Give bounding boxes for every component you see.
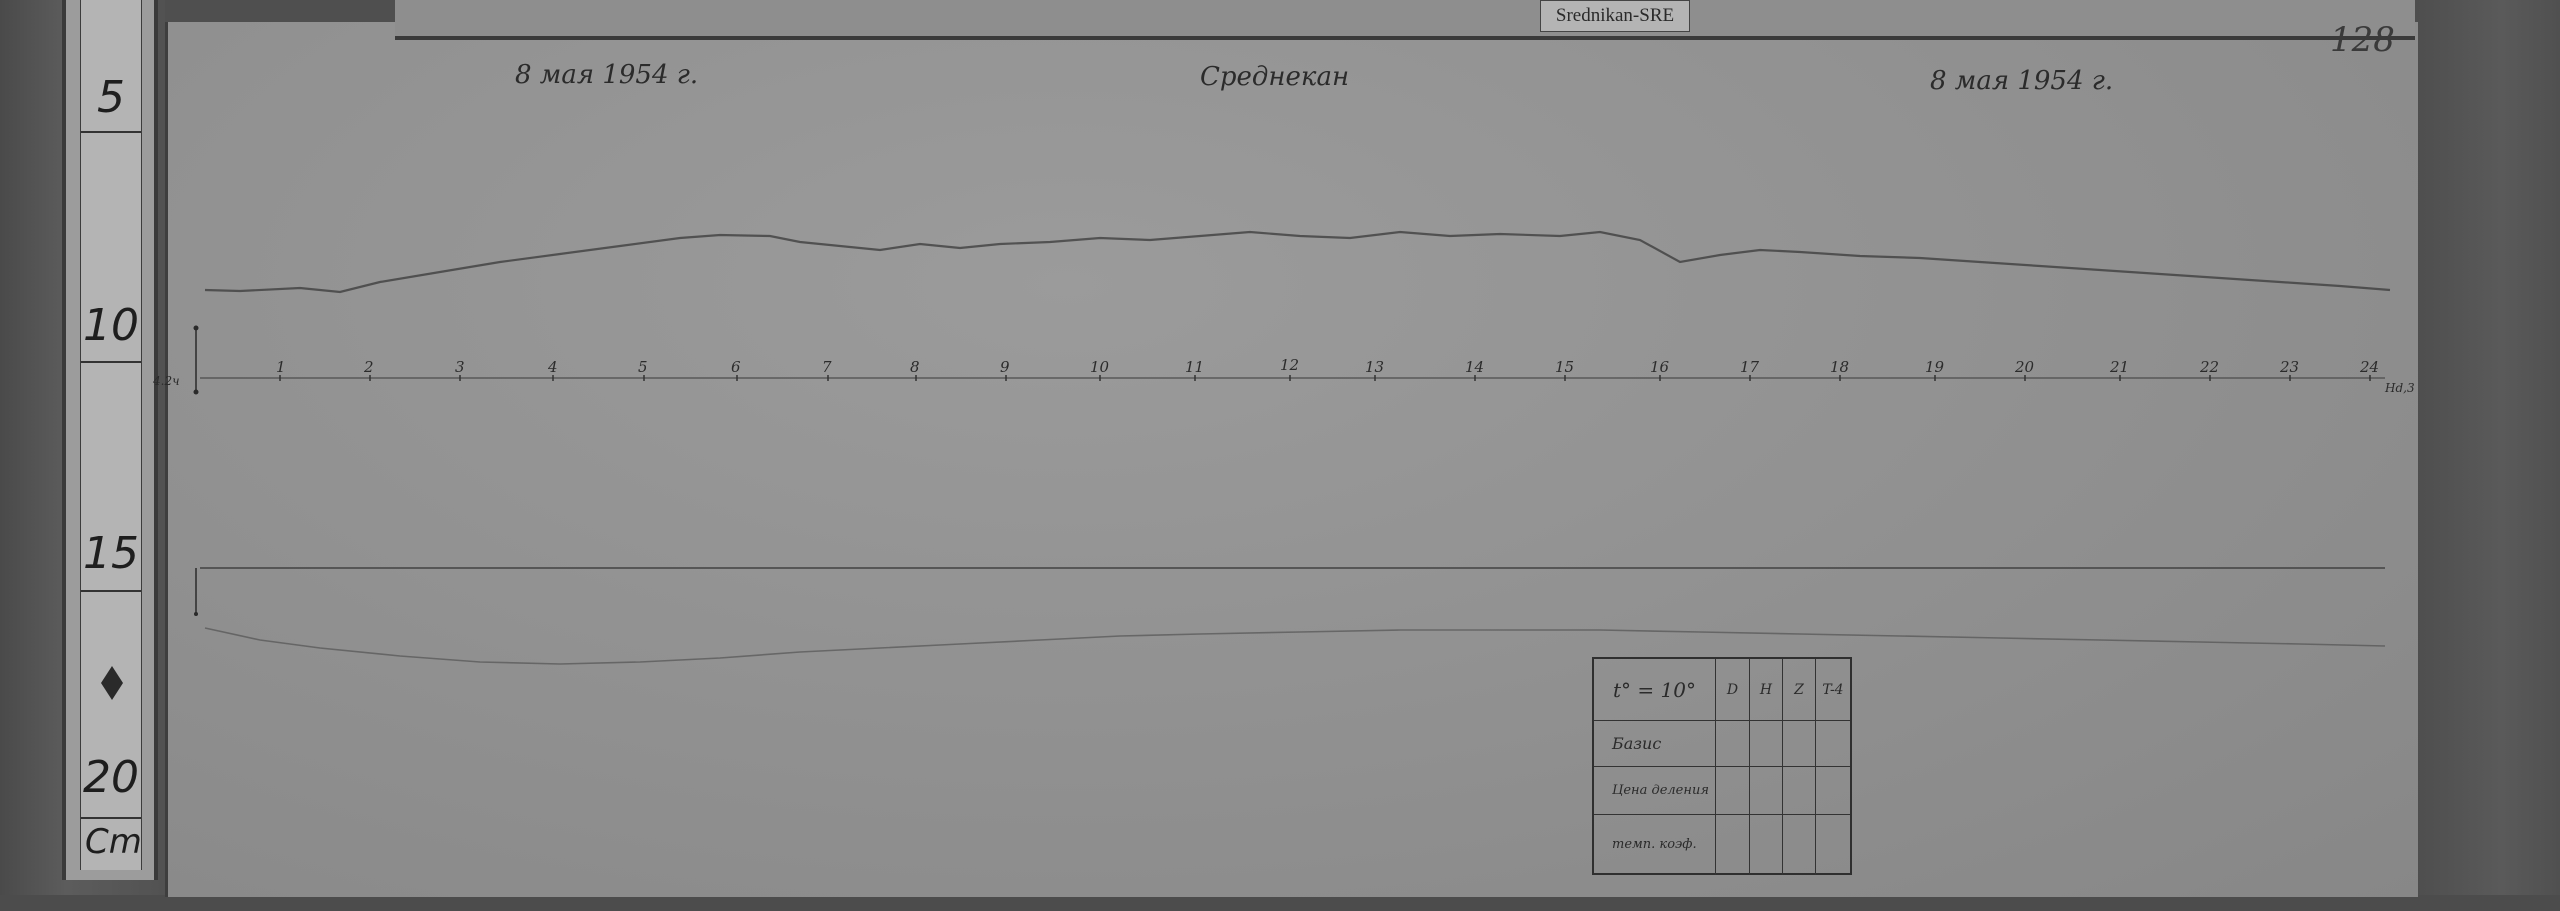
table-header-t: T-4 <box>1816 659 1850 721</box>
table-cell <box>1783 767 1816 815</box>
table-row-label: Базис <box>1594 721 1716 767</box>
lower-trace <box>205 628 2385 664</box>
svg-text:20: 20 <box>2014 358 2035 376</box>
table-cell <box>1783 721 1816 767</box>
svg-text:23: 23 <box>2279 358 2299 376</box>
svg-text:15: 15 <box>1555 358 1574 376</box>
table-row-label: Цена деления <box>1594 767 1716 815</box>
svg-text:13: 13 <box>1365 358 1384 376</box>
svg-text:19: 19 <box>1925 358 1945 376</box>
svg-text:Hd,3: Hd,3 <box>2384 381 2415 395</box>
svg-text:9: 9 <box>1000 358 1010 376</box>
svg-text:4: 4 <box>547 358 558 376</box>
table-cell <box>1816 767 1850 815</box>
svg-text:16: 16 <box>1650 358 1670 376</box>
svg-text:10: 10 <box>1090 358 1110 376</box>
table-cell <box>1750 767 1783 815</box>
table-header-temp: t° = 10° <box>1594 659 1716 721</box>
svg-text:24: 24 <box>2359 358 2379 376</box>
upper-trace <box>205 232 2390 292</box>
svg-text:2: 2 <box>363 358 374 376</box>
hour-labels: 1 2 3 4 5 6 7 8 9 10 11 12 13 14 15 16 1… <box>152 356 2415 395</box>
svg-text:5: 5 <box>638 358 648 376</box>
table-header-z: Z <box>1783 659 1816 721</box>
table-cell <box>1716 815 1750 875</box>
table-header-d: D <box>1716 659 1750 721</box>
svg-text:3: 3 <box>455 358 465 376</box>
svg-text:14: 14 <box>1465 358 1484 376</box>
svg-text:22: 22 <box>2199 358 2219 376</box>
table-header-h: H <box>1750 659 1783 721</box>
svg-text:12: 12 <box>1280 356 1299 374</box>
calibration-table: t° = 10° D H Z T-4 Базис Цена деления те… <box>1592 657 1852 875</box>
svg-text:11: 11 <box>1185 358 1204 376</box>
svg-text:8: 8 <box>910 358 920 376</box>
svg-text:18: 18 <box>1830 358 1849 376</box>
svg-text:6: 6 <box>731 358 741 376</box>
svg-text:21: 21 <box>2109 358 2129 376</box>
svg-text:1: 1 <box>276 358 286 376</box>
svg-text:17: 17 <box>1740 358 1760 376</box>
table-cell <box>1816 815 1850 875</box>
table-row-label: темп. коэф. <box>1594 815 1716 875</box>
table-cell <box>1750 815 1783 875</box>
table-cell <box>1750 721 1783 767</box>
svg-text:7: 7 <box>822 358 832 376</box>
table-cell <box>1716 767 1750 815</box>
table-cell <box>1716 721 1750 767</box>
table-cell <box>1783 815 1816 875</box>
magnetogram-traces: 1 2 3 4 5 6 7 8 9 10 11 12 13 14 15 16 1… <box>0 0 2560 911</box>
table-cell <box>1816 721 1850 767</box>
svg-text:4.2ч: 4.2ч <box>152 374 180 388</box>
